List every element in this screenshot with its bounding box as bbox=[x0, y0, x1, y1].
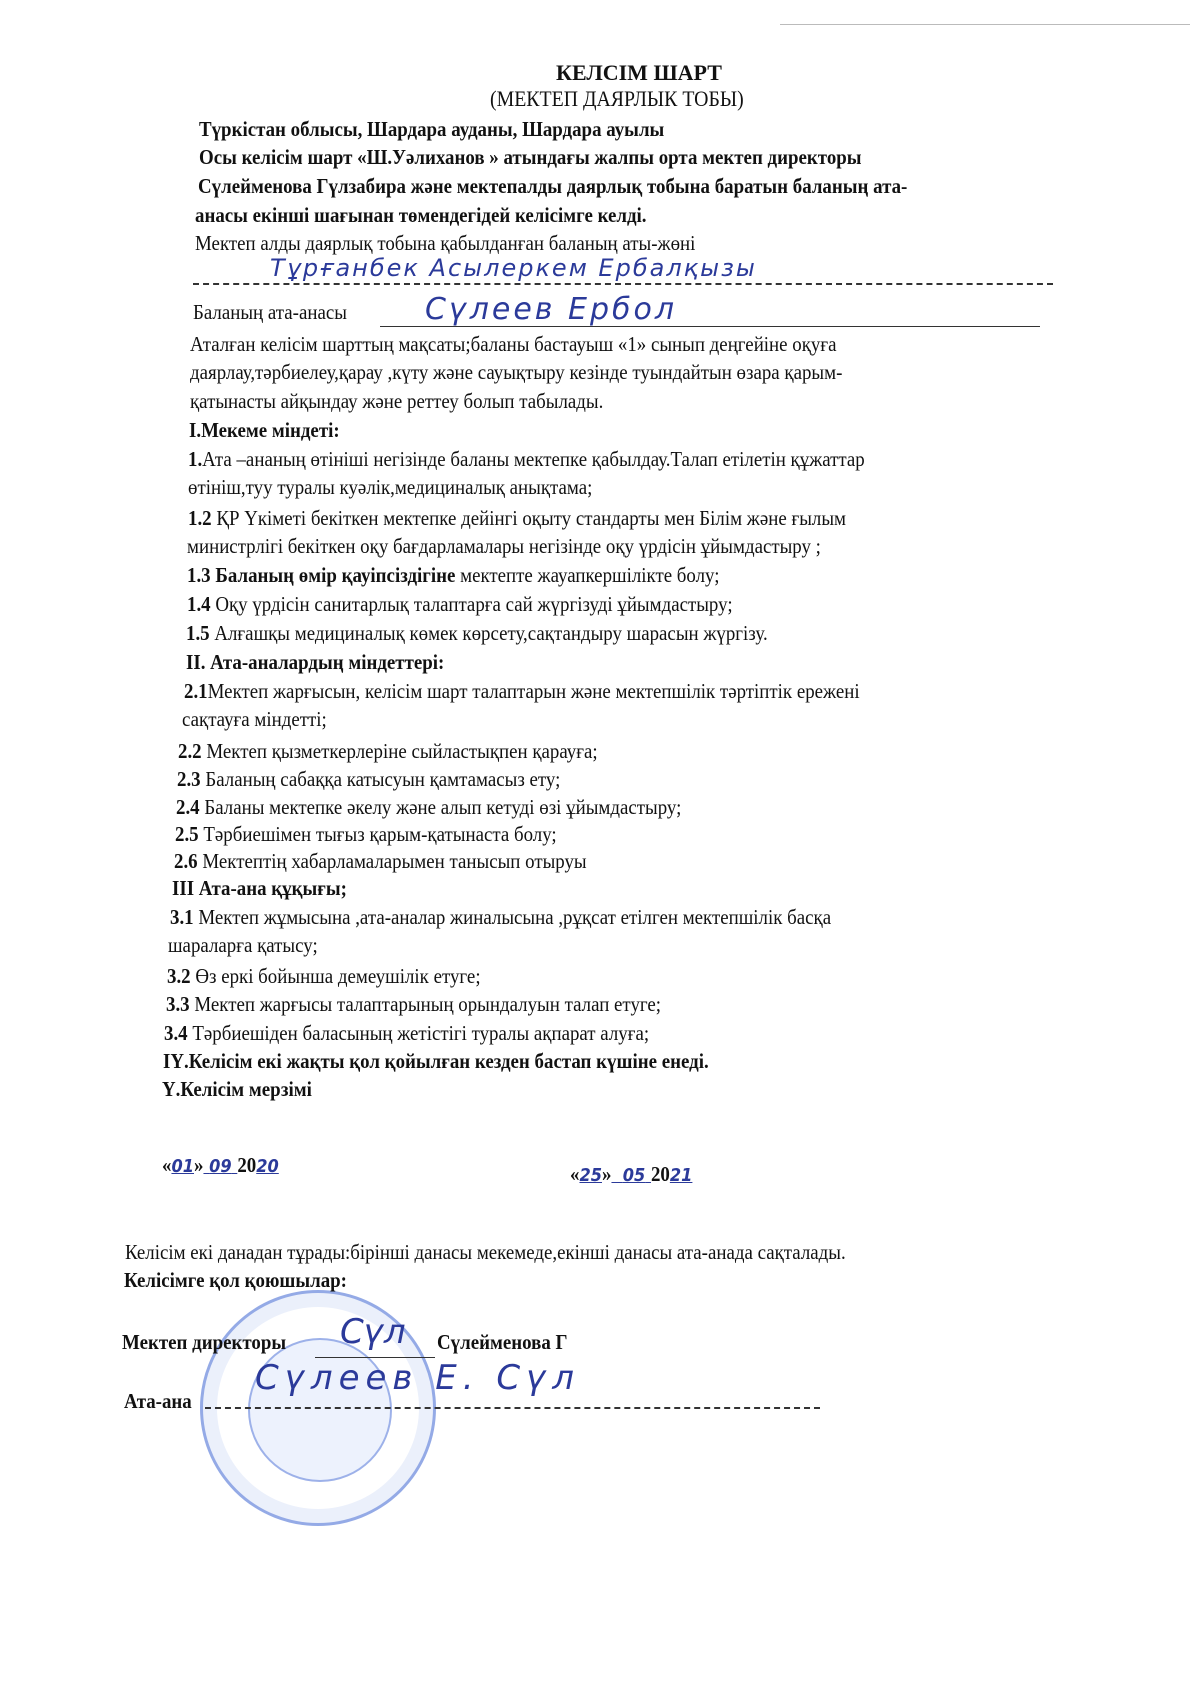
s1-item-4: 1.4 Оқу үрдісін санитарлық талаптарға са… bbox=[187, 592, 733, 617]
date-start: «01» 09 2020 bbox=[162, 1153, 279, 1178]
parent-sign-label: Ата-ана bbox=[124, 1389, 192, 1414]
s1-item-1: 1.Ата –ананың өтініші негізінде баланы м… bbox=[188, 447, 865, 472]
copies-note: Келісім екі данадан тұрады:бірінші данас… bbox=[125, 1240, 846, 1265]
director-label: Мектеп директоры bbox=[122, 1330, 286, 1355]
signers-heading: Келісімге қол қоюшылар: bbox=[124, 1268, 347, 1293]
section4-text: ІҮ.Келісім екі жақты қол қойылған кезден… bbox=[163, 1049, 709, 1074]
parent-signature-line bbox=[205, 1407, 820, 1409]
intro-line-1: Осы келісім шарт «Ш.Уәлиханов » атындағы… bbox=[199, 145, 862, 170]
date-end: «25» 05 2021 bbox=[570, 1162, 692, 1187]
purpose-line-1: Аталған келісім шарттың мақсаты;баланы б… bbox=[190, 332, 837, 357]
child-name-label: Мектеп алды даярлық тобына қабылданған б… bbox=[195, 231, 695, 256]
parent-name-handwritten: Сүлеев Ербол bbox=[425, 292, 677, 327]
s2-item-1-cont: сақтауға міндетті; bbox=[182, 707, 327, 732]
purpose-line-2: даярлау,тәрбиелеу,қарау ,күту және сауық… bbox=[190, 360, 842, 385]
director-signature: Сүл bbox=[340, 1312, 406, 1352]
location-line: Түркістан облысы, Шардара ауданы, Шардар… bbox=[199, 117, 664, 142]
section2-heading: ІІ. Ата-аналардың міндеттері: bbox=[186, 650, 444, 675]
s2-item-3: 2.3 Баланың сабаққа катысуын қамтамасыз … bbox=[177, 767, 560, 792]
purpose-line-3: қатынасты айқындау және реттеу болып таб… bbox=[190, 389, 603, 414]
s1-item-1-cont: өтініш,туу туралы куәлік,медициналық аны… bbox=[188, 475, 592, 500]
s2-item-4: 2.4 Баланы мектепке әкелу және алып кету… bbox=[176, 795, 681, 820]
s2-item-5: 2.5 Тәрбиешімен тығыз қарым-қатынаста бо… bbox=[175, 822, 557, 847]
s2-item-1: 2.1Мектеп жарғысын, келісім шарт талапта… bbox=[184, 679, 860, 704]
s1-item-3: 1.3 Баланың өмір қауіпсіздігіне мектепте… bbox=[187, 563, 720, 588]
s3-item-1: 3.1 Мектеп жұмысына ,ата-аналар жиналысы… bbox=[170, 905, 831, 930]
scan-edge-line bbox=[780, 24, 1190, 25]
parent-signature: Сүлеев Е. Сүл bbox=[255, 1358, 580, 1398]
s3-item-1-cont: шараларға қатысу; bbox=[168, 933, 318, 958]
s3-item-3: 3.3 Мектеп жарғысы талаптарының орындалу… bbox=[166, 992, 661, 1017]
child-name-line bbox=[193, 283, 1053, 285]
parent-label: Баланың ата-анасы bbox=[193, 300, 347, 325]
intro-line-3: анасы екінші шағынан төмендегідей келісі… bbox=[195, 203, 647, 228]
s2-item-2: 2.2 Мектеп қызметкерлеріне сыйластықпен … bbox=[178, 739, 598, 764]
s3-item-2: 3.2 Өз еркі бойынша демеушілік етуге; bbox=[167, 964, 481, 989]
s1-item-2-cont: министрлігі бекіткен оқу бағдарламалары … bbox=[187, 534, 821, 559]
section1-heading: І.Мекеме міндеті: bbox=[189, 418, 340, 443]
section3-heading: ІІІ Ата-ана құқығы; bbox=[172, 876, 347, 901]
s1-item-2: 1.2 ҚР Үкіметі бекіткен мектепке дейінгі… bbox=[188, 506, 846, 531]
s3-item-4: 3.4 Тәрбиешіден баласының жетістігі тура… bbox=[164, 1021, 649, 1046]
section5-heading: Ү.Келісім мерзімі bbox=[162, 1077, 312, 1102]
s1-item-5: 1.5 Алғашқы медициналық көмек көрсету,са… bbox=[186, 621, 768, 646]
director-name: Сүлейменова Г bbox=[437, 1330, 568, 1355]
document-title: КЕЛСІМ ШАРТ bbox=[556, 60, 722, 86]
child-name-handwritten: Тұрғанбек Асылеркем Ербалқызы bbox=[270, 254, 757, 282]
intro-line-2: Сүлейменова Гүлзабира және мектепалды да… bbox=[198, 174, 907, 199]
document-subtitle: (МЕКТЕП ДАЯРЛЫК ТОБЫ) bbox=[490, 86, 744, 112]
s2-item-6: 2.6 Мектептің хабарламаларымен танысып о… bbox=[174, 849, 587, 874]
